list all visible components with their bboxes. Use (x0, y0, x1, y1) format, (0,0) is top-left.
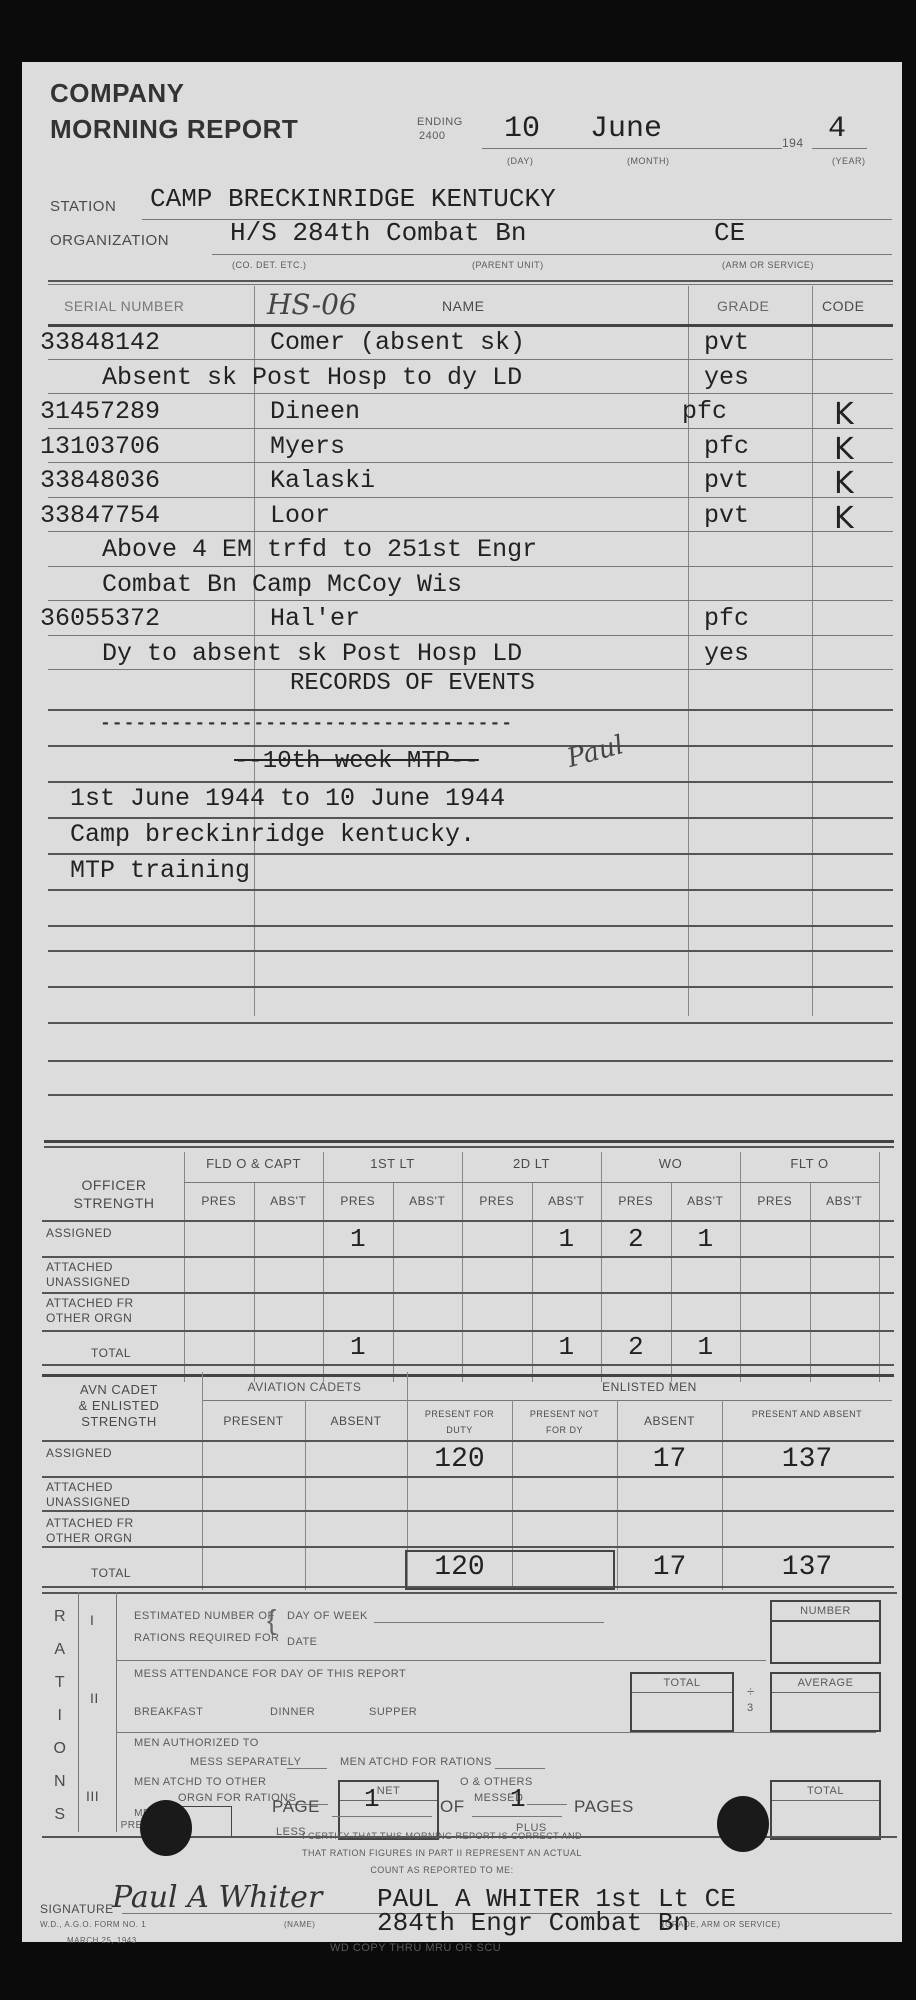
officer-cell: 1 (671, 1224, 741, 1254)
date-rule (482, 148, 782, 149)
report-month: June (590, 112, 662, 146)
parent-caption: (PARENT UNIT) (472, 260, 544, 270)
officer-group-header: FLT O (740, 1156, 879, 1171)
enlisted-cell: 137 (722, 1552, 892, 1583)
enlisted-col-header: PRESENT (202, 1414, 305, 1428)
soldier-name: Dineen (270, 397, 360, 426)
present-total-box (405, 1550, 615, 1590)
officer-strength-title-1: OFFICER (44, 1176, 184, 1194)
co-caption: (CO. DET. ETC.) (232, 260, 307, 270)
remark-text: Above 4 EM trfd to 251st Engr (102, 535, 537, 564)
station-value: CAMP BRECKINRIDGE KENTUCKY (150, 184, 556, 214)
rations-letter: O (42, 1732, 78, 1765)
officer-sub-header: PRES (184, 1194, 254, 1208)
atchd-rations-field[interactable] (495, 1768, 545, 1769)
enlisted-row-label: TOTAL (46, 1566, 176, 1581)
enlisted-cell: 17 (617, 1444, 722, 1475)
officer-group-header: 1ST LT (323, 1156, 462, 1171)
year-rule (812, 148, 867, 149)
enlisted-cell: 17 (617, 1552, 722, 1583)
serial-number: 31457289 (40, 397, 160, 426)
records-of-events-title: RECORDS OF EVENTS (290, 670, 535, 697)
pages-label: PAGES (574, 1797, 634, 1817)
grade-value: pfc (704, 432, 749, 461)
o-others-field[interactable] (527, 1804, 567, 1805)
grade-value: pvt (704, 501, 749, 530)
rations-letter: I (42, 1699, 78, 1732)
officer-group-header: FLD O & CAPT (184, 1156, 323, 1171)
part-1-label-1: ESTIMATED NUMBER OF (134, 1610, 275, 1622)
report-day: 10 (504, 112, 540, 146)
signature: Paul A Whiter (112, 1880, 322, 1915)
ending-label: ENDING (417, 116, 463, 128)
part-1-numeral: I (90, 1612, 94, 1628)
of-label: OF (440, 1797, 465, 1817)
page-value: 1 (364, 1784, 380, 1814)
header-rule-1 (48, 280, 893, 282)
officer-sub-header: ABS'T (532, 1194, 602, 1208)
officer-sub-header: ABS'T (671, 1194, 741, 1208)
remark-text: Dy to absent sk Post Hosp LD (102, 639, 522, 668)
enlisted-row-label: ASSIGNED (46, 1446, 176, 1461)
grade-header: GRADE (717, 298, 769, 314)
roster-row: 31457289DineenpfcK (22, 395, 902, 430)
grade-value: pfc (704, 604, 749, 633)
grade-value: pvt (704, 328, 749, 357)
officer-sub-header: ABS'T (810, 1194, 880, 1208)
soldier-name: Loor (270, 501, 330, 530)
day-of-week-field[interactable] (374, 1622, 604, 1623)
struck-week-line: --10th week MTP-- (234, 748, 479, 775)
remark-row: Dy to absent sk Post Hosp LDyes (22, 637, 902, 672)
officer-group-header: 2D LT (462, 1156, 601, 1171)
dinner-label: DINNER (270, 1706, 315, 1718)
enlisted-title-3: STRENGTH (44, 1414, 194, 1430)
officer-sub-header: PRES (323, 1194, 393, 1208)
organization-value: H/S 284th Combat Bn (230, 218, 526, 248)
records-dashes: ----------------------------------- (100, 714, 513, 734)
roster-row: 36055372Hal'erpfc (22, 602, 902, 637)
enlisted-title-1: AVN CADET (44, 1382, 194, 1398)
soldier-name: Hal'er (270, 604, 360, 633)
enlisted-col-header: PRESENT AND ABSENT (722, 1406, 892, 1422)
binder-hole-left (140, 1800, 192, 1856)
soldier-name: Myers (270, 432, 345, 461)
part-3-total-box[interactable]: TOTAL (770, 1780, 881, 1840)
enlisted-cell: 137 (722, 1444, 892, 1475)
grade-value: yes (704, 363, 749, 392)
officer-row-label: ASSIGNED (46, 1226, 176, 1241)
of-value: 1 (510, 1784, 526, 1814)
aviation-cadets-header: AVIATION CADETS (202, 1380, 407, 1394)
binder-hole-right (717, 1796, 769, 1852)
rations-letter: A (42, 1633, 78, 1666)
part-3-numeral: III (86, 1788, 99, 1804)
officer-cell: 1 (532, 1332, 602, 1362)
officer-cell: 2 (601, 1332, 671, 1362)
signature-label: SIGNATURE (40, 1902, 114, 1916)
number-box[interactable]: NUMBER (770, 1600, 881, 1664)
year-prefix: 194 (782, 136, 804, 150)
year-caption: (YEAR) (832, 156, 866, 166)
officer-sub-header: ABS'T (254, 1194, 324, 1208)
serial-number: 33848142 (40, 328, 160, 357)
day-of-week-label: DAY OF WEEK (287, 1610, 368, 1622)
total-box[interactable]: TOTAL (630, 1672, 734, 1732)
page-label: PAGE (272, 1797, 320, 1817)
officer-sub-header: ABS'T (393, 1194, 463, 1208)
supper-label: SUPPER (369, 1706, 417, 1718)
grade-value: pvt (704, 466, 749, 495)
enlisted-col-header: ABSENT (617, 1414, 722, 1428)
part-1-label-2: RATIONS REQUIRED FOR (134, 1632, 279, 1644)
officer-cell: 1 (532, 1224, 602, 1254)
remark-text: Absent sk Post Hosp to dy LD (102, 363, 522, 392)
rations-letter: S (42, 1798, 78, 1831)
mess-attendance-label: MESS ATTENDANCE FOR DAY OF THIS REPORT (134, 1668, 406, 1680)
enlisted-row-label: ATTACHED UNASSIGNED (46, 1480, 176, 1510)
officer-sub-header: PRES (462, 1194, 532, 1208)
average-box[interactable]: AVERAGE (770, 1672, 881, 1732)
arm-caption: (ARM OR SERVICE) (722, 260, 814, 270)
rations-letter: T (42, 1666, 78, 1699)
remark-row: Absent sk Post Hosp to dy LDyes (22, 361, 902, 396)
rations-letter: N (42, 1765, 78, 1798)
officer-group-header: WO (601, 1156, 740, 1171)
records-line-3: MTP training (70, 856, 250, 885)
enlisted-col-header: ABSENT (305, 1414, 407, 1428)
enlisted-title-2: & ENLISTED (44, 1398, 194, 1414)
officer-sub-header: PRES (601, 1194, 671, 1208)
serial-number: 33847754 (40, 501, 160, 530)
serial-number-header: SERIAL NUMBER (64, 298, 184, 314)
handwritten-code: HS-06 (267, 288, 357, 321)
name-header: NAME (442, 298, 484, 314)
serial-number: 36055372 (40, 604, 160, 633)
soldier-name: Comer (absent sk) (270, 328, 525, 357)
form-title-line1: COMPANY (50, 78, 184, 109)
organization-rule (212, 254, 892, 255)
arm-value: CE (714, 218, 745, 248)
day-caption: (DAY) (507, 156, 533, 166)
roster-row: 33848036KalaskipvtK (22, 464, 902, 499)
enlisted-col-header: PRESENT NOT FOR DY (512, 1406, 617, 1438)
officer-sub-header: PRES (740, 1194, 810, 1208)
organization-label: ORGANIZATION (50, 232, 169, 249)
officer-cell: 1 (323, 1332, 393, 1362)
morning-report-form: COMPANY MORNING REPORT ENDING 2400 10 Ju… (22, 62, 902, 1942)
header-rule-2 (48, 284, 893, 285)
roster-row: 33847754LoorpvtK (22, 499, 902, 534)
station-label: STATION (50, 198, 116, 215)
remark-row: Above 4 EM trfd to 251st Engr (22, 533, 902, 568)
roster-row: 33848142Comer (absent sk)pvt (22, 326, 902, 361)
officer-strength-title-2: STRENGTH (44, 1194, 184, 1212)
officer-row-label: TOTAL (46, 1346, 176, 1361)
enlisted-men-header: ENLISTED MEN (407, 1380, 892, 1394)
enlisted-cell: 120 (407, 1444, 512, 1475)
ending-time: 2400 (419, 130, 445, 142)
records-line-2: Camp breckinridge kentucky. (70, 820, 475, 849)
form-date: MARCH 25, 1943 (67, 1936, 137, 1945)
roster-row: 13103706MyerspfcK (22, 430, 902, 465)
grade-value: pfc (682, 397, 727, 426)
remark-text: Combat Bn Camp McCoy Wis (102, 570, 462, 599)
enlisted-col-header: PRESENT FOR DUTY (407, 1406, 512, 1438)
certification-text: I CERTIFY THAT THIS MORNING REPORT IS CO… (242, 1828, 642, 1879)
soldier-name: Kalaski (270, 466, 375, 495)
remark-row: Combat Bn Camp McCoy Wis (22, 568, 902, 603)
breakfast-label: BREAKFAST (134, 1706, 203, 1718)
form-number: W.D., A.G.O. FORM NO. 1 (40, 1920, 146, 1929)
grade-value: yes (704, 639, 749, 668)
signer-unit: 284th Engr Combat Bn (377, 1908, 689, 1938)
wd-copy-note: WD COPY THRU MRU OR SCU (330, 1942, 501, 1954)
roster-section: SERIAL NUMBER HS-06 NAME GRADE CODE 3384… (22, 286, 902, 1016)
officer-cell: 1 (671, 1332, 741, 1362)
officer-cell: 1 (323, 1224, 393, 1254)
code-header: CODE (822, 298, 864, 314)
records-line-1: 1st June 1944 to 10 June 1944 (70, 784, 505, 813)
serial-number: 13103706 (40, 432, 160, 461)
serial-number: 33848036 (40, 466, 160, 495)
part-2-numeral: II (90, 1690, 99, 1706)
rations-letter: R (42, 1600, 78, 1633)
enlisted-row-label: ATTACHED FR OTHER ORGN (46, 1516, 176, 1546)
officer-row-label: ATTACHED FR OTHER ORGN (46, 1296, 176, 1326)
report-year-digit: 4 (828, 112, 846, 146)
officer-cell: 2 (601, 1224, 671, 1254)
date-label: DATE (287, 1636, 318, 1648)
mess-separately-field[interactable] (287, 1768, 327, 1769)
month-caption: (MONTH) (627, 156, 670, 166)
officer-row-label: ATTACHED UNASSIGNED (46, 1260, 176, 1290)
form-title-line2: MORNING REPORT (50, 114, 298, 145)
